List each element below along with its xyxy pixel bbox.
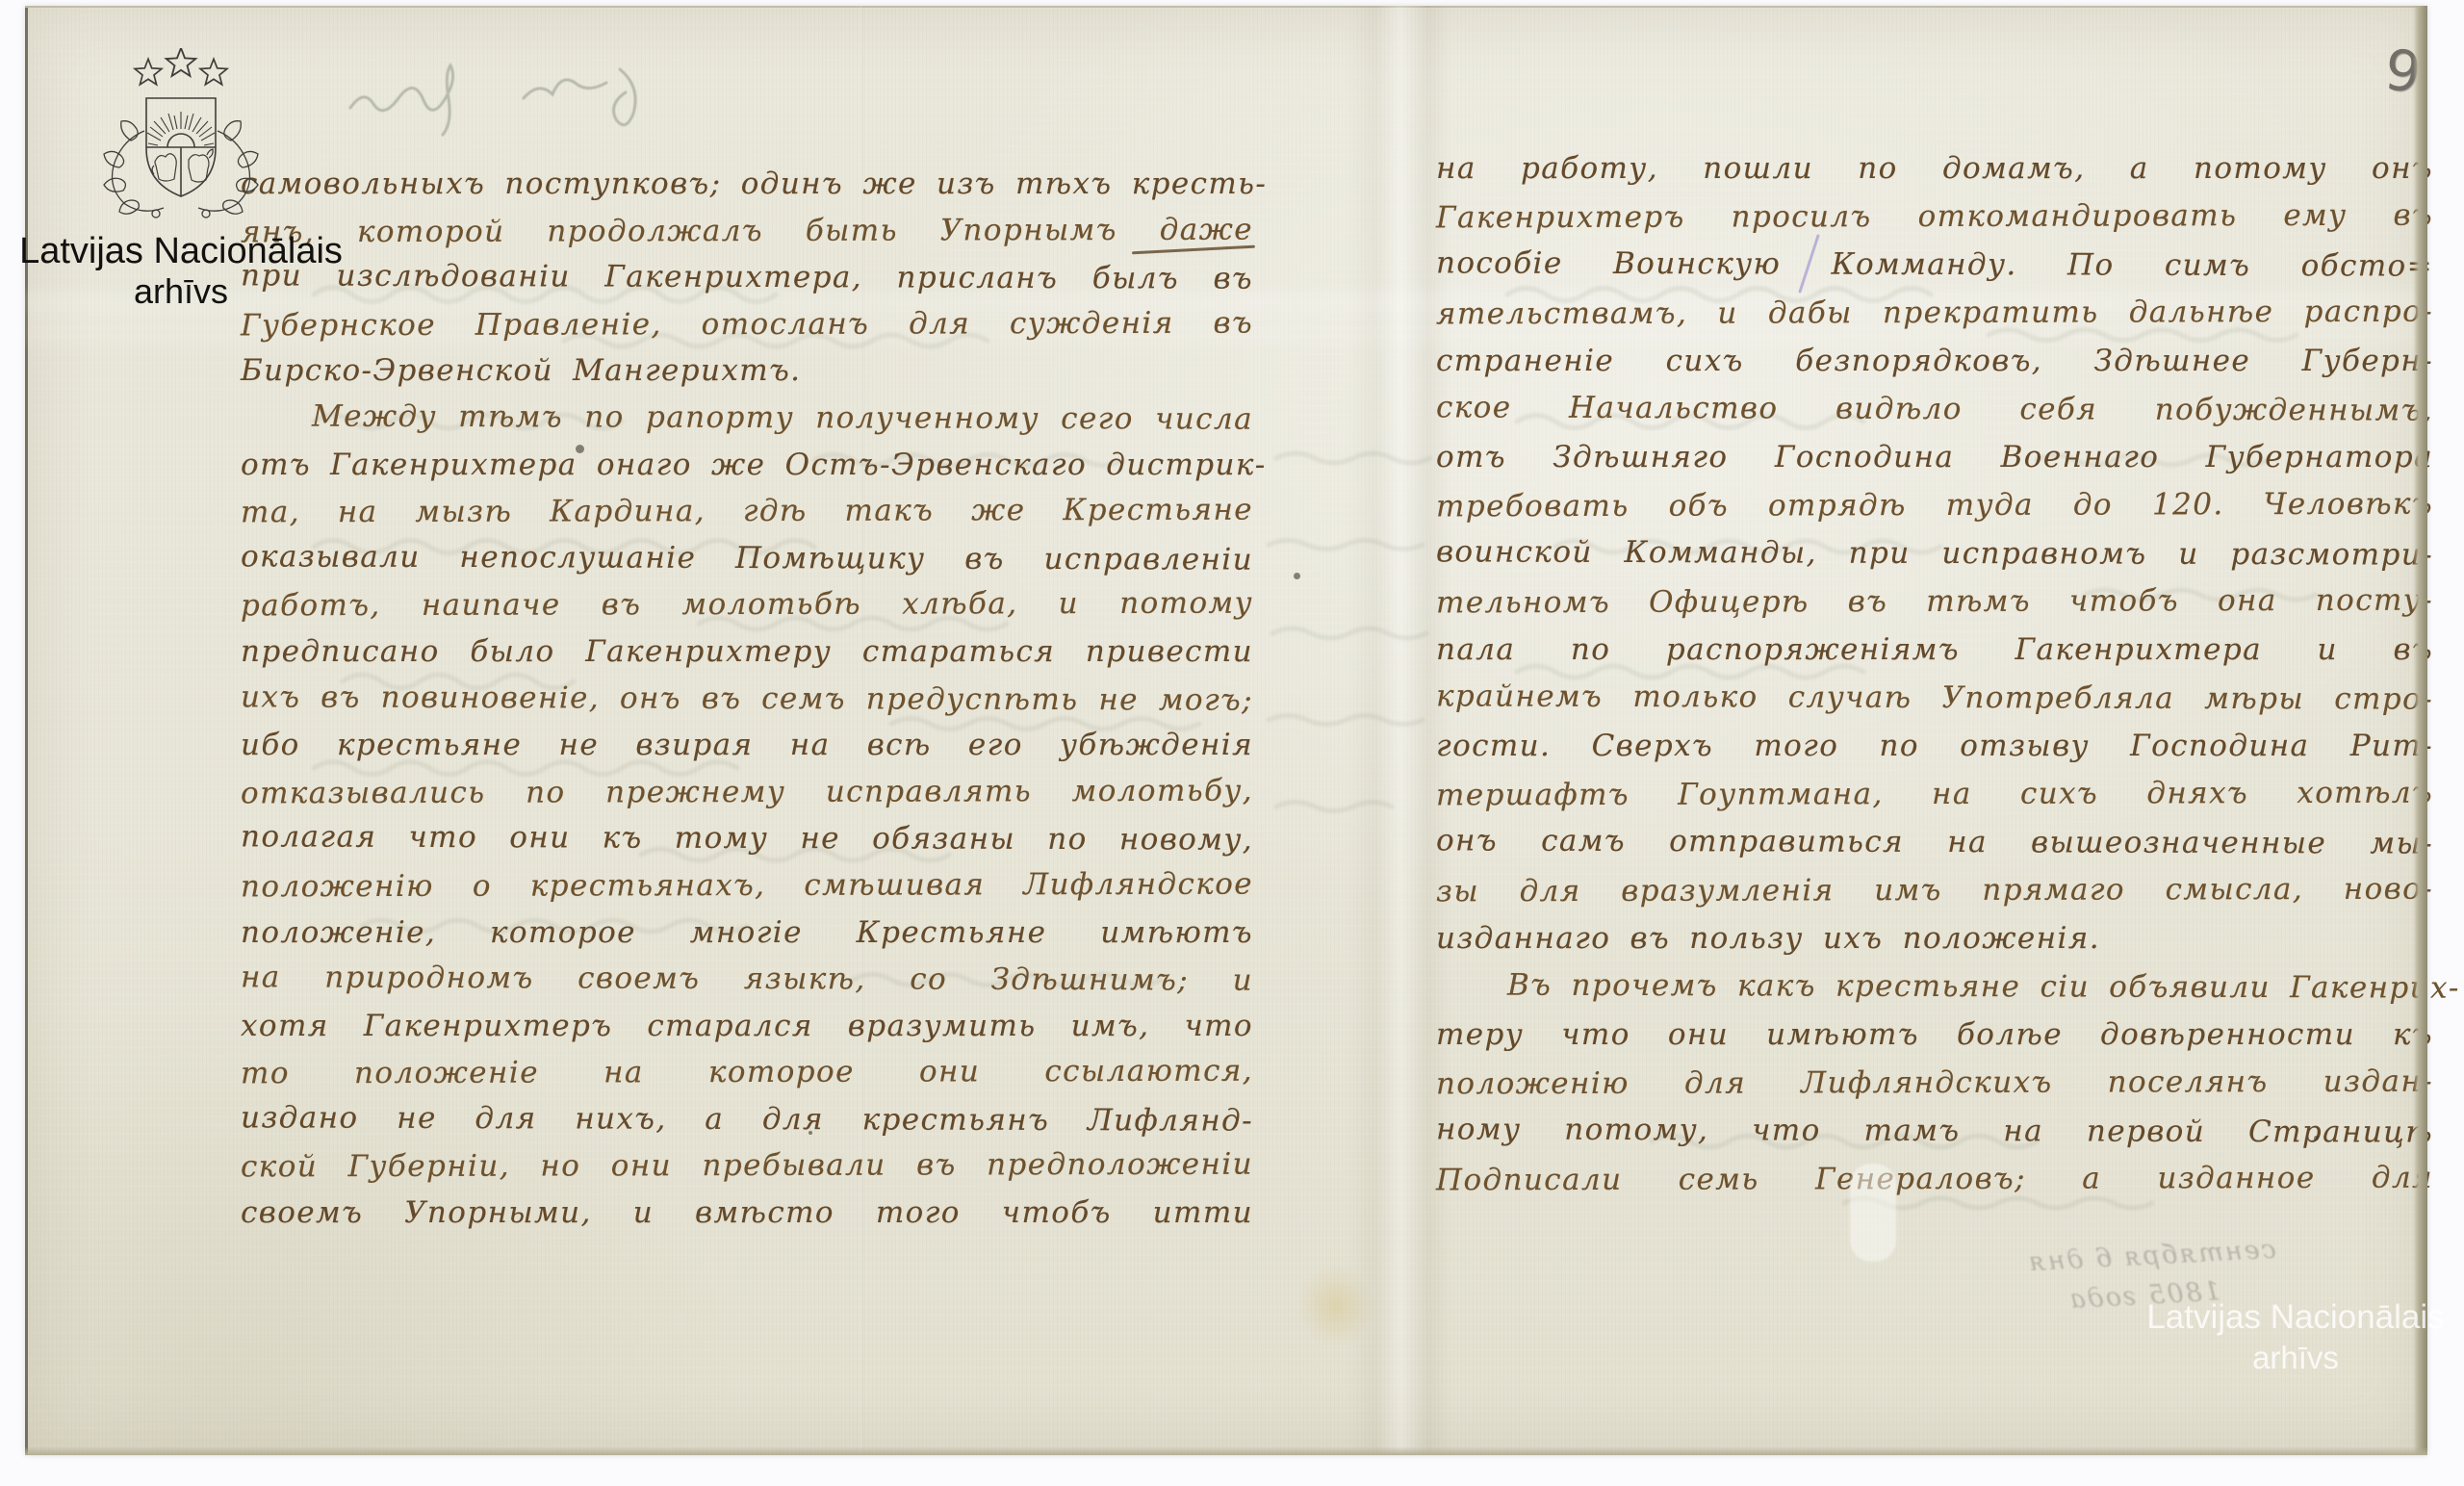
handwritten-line: самовольныхъ поступковъ; одинъ же изъ тѣ…	[241, 161, 1253, 208]
handwritten-line: при изслѣдованіи Гакенрихтера, присланъ …	[241, 253, 1253, 303]
paper-repair-patch	[1850, 1164, 1896, 1262]
manuscript-sheet: самовольныхъ поступковъ; одинъ же изъ тѣ…	[25, 6, 2427, 1455]
handwritten-line: хотя Гакенрихтеръ старался вразумить имъ…	[241, 1003, 1253, 1050]
archive-watermark-bottom-right: Latvijas Nacionālais arhīvs	[2146, 1297, 2445, 1378]
handwritten-line: онъ самъ отправиться на вышеозначенные м…	[1436, 816, 2433, 867]
archive-name-line2: arhīvs	[2146, 1338, 2445, 1378]
handwritten-line: требовать объ отрядѣ туда до 120. Человѣ…	[1436, 480, 2433, 531]
handwritten-line: положенію о крестьянахъ, смѣшивая Лифлян…	[241, 861, 1253, 910]
handwritten-line: Гакенрихтеръ просилъ откомандировать ему…	[1436, 192, 2433, 243]
handwritten-line: Въ прочемъ какъ крестьяне сіи объявили Г…	[1436, 961, 2433, 1012]
handwritten-line: отъ Здѣшняго Господина Военнаго Губернат…	[1436, 433, 2433, 481]
ink-speck	[2314, 1136, 2319, 1140]
handwritten-line: на природномъ своемъ языкѣ, со Здѣшнимъ;…	[241, 954, 1253, 1004]
handwritten-line: ному потому, что тамъ на первой Страницѣ	[1436, 1105, 2433, 1156]
handwritten-line: изданнаго въ пользу ихъ положенія.	[1436, 914, 2433, 962]
handwritten-line: положенію для Лифляндскихъ поселянъ изда…	[1436, 1058, 2433, 1109]
handwritten-line: Подписали семь Генераловъ; а изданное дл…	[1436, 1154, 2433, 1205]
handwritten-line: издано не для нихъ, а для крестьянъ Лифл…	[241, 1094, 1253, 1144]
handwritten-line: положеніе, которое многіе Крестьяне имѣю…	[241, 910, 1253, 957]
handwritten-line: отъ Гакенрихтера онаго же Остъ-Эрвенскаг…	[241, 442, 1253, 489]
handwritten-line: ское Начальство видѣло себя побужденнымъ…	[1436, 383, 2433, 434]
manuscript-page-left: самовольныхъ поступковъ; одинъ же изъ тѣ…	[241, 161, 1253, 1237]
paper-edge-right	[2413, 6, 2427, 1455]
paper-stain	[1297, 1265, 1374, 1347]
handwritten-line: крайнемъ только случаѣ Употребляла мѣры …	[1436, 672, 2433, 723]
handwritten-line: зы для вразумленія имъ прямаго смысла, н…	[1436, 865, 2433, 916]
faint-pencil-note	[331, 40, 716, 146]
handwritten-line: пособіе Воинскую Комманду. По симъ обсто…	[1436, 239, 2433, 290]
handwritten-line: Между тѣмъ по рапорту полученному сего ч…	[241, 393, 1253, 443]
handwritten-line: гости. Сверхъ того по отзыву Господина Р…	[1436, 722, 2433, 770]
handwritten-line: страненіе сихъ безпорядковъ, Здѣшнее Губ…	[1436, 337, 2433, 385]
ink-speck	[1294, 573, 1300, 579]
latvia-coat-of-arms-icon	[92, 48, 269, 225]
scanner-background: самовольныхъ поступковъ; одинъ же изъ тѣ…	[0, 0, 2464, 1486]
handwritten-line: та, на мызѣ Кардина, гдѣ такъ же Крестья…	[241, 487, 1253, 536]
archive-name: Latvijas Nacionālais arhīvs	[17, 231, 345, 312]
handwritten-line: ибо крестьяне не взирая на всѣ его убѣжд…	[241, 722, 1253, 769]
archive-watermark-top-left: Latvijas Nacionālais arhīvs	[17, 48, 345, 312]
handwritten-line: пала по распоряженіямъ Гакенрихтера и въ	[1436, 626, 2433, 674]
handwritten-line: работъ, наипаче въ молотьбѣ хлѣба, и пот…	[241, 580, 1253, 629]
handwritten-line: на работу, пошли по домамъ, а потому онъ	[1436, 144, 2433, 192]
ink-speck	[576, 445, 584, 453]
handwritten-line: теру что они имѣютъ болѣе довѣренности к…	[1436, 1011, 2433, 1059]
handwritten-line: янъ, которой продолжалъ быть Упорнымъ да…	[241, 206, 1253, 255]
handwritten-line: тершафтъ Гоуптмана, на сихъ дняхъ хотѣлъ	[1436, 769, 2433, 820]
handwritten-line: предписано было Гакенрихтеру стараться п…	[241, 628, 1253, 676]
handwritten-line: оказывали непослушаніе Помѣщику въ испра…	[241, 533, 1253, 583]
manuscript-page-right: на работу, пошли по домамъ, а потому онъ…	[1436, 144, 2433, 1203]
handwritten-line: Губернское Правленіе, отосланъ для сужде…	[241, 299, 1253, 348]
archive-name-line1: Latvijas Nacionālais	[2146, 1297, 2445, 1338]
handwritten-line: отказывались по прежнему исправлять моло…	[241, 767, 1253, 816]
handwritten-line: ятельствамъ, и дабы прекратить дальнѣе р…	[1436, 288, 2433, 339]
handwritten-line: Бирско-Эрвенской Мангерихтъ.	[241, 347, 1253, 395]
paper-edge-bottom	[25, 1447, 2427, 1455]
handwritten-line: тельномъ Офицерѣ въ тѣмъ чтобъ она посту…	[1436, 576, 2433, 628]
archive-name-line2: arhīvs	[17, 271, 345, 312]
archive-name-line1: Latvijas Nacionālais	[17, 231, 345, 271]
handwritten-line: ской Губерніи, но они пребывали въ предп…	[241, 1141, 1253, 1191]
handwritten-line: своемъ Упорными, и вмѣсто того чтобъ итт…	[241, 1190, 1253, 1237]
handwritten-line: полагая что они къ тому не обязаны по но…	[241, 814, 1253, 864]
handwritten-line: то положеніе на которое они ссылаются,	[241, 1048, 1253, 1097]
ink-speck	[808, 1131, 812, 1135]
handwritten-line: воинской Комманды, при исправномъ и разс…	[1436, 527, 2433, 578]
handwritten-line: ихъ въ повиновеніе, онъ въ семъ предуспѣ…	[241, 674, 1253, 724]
